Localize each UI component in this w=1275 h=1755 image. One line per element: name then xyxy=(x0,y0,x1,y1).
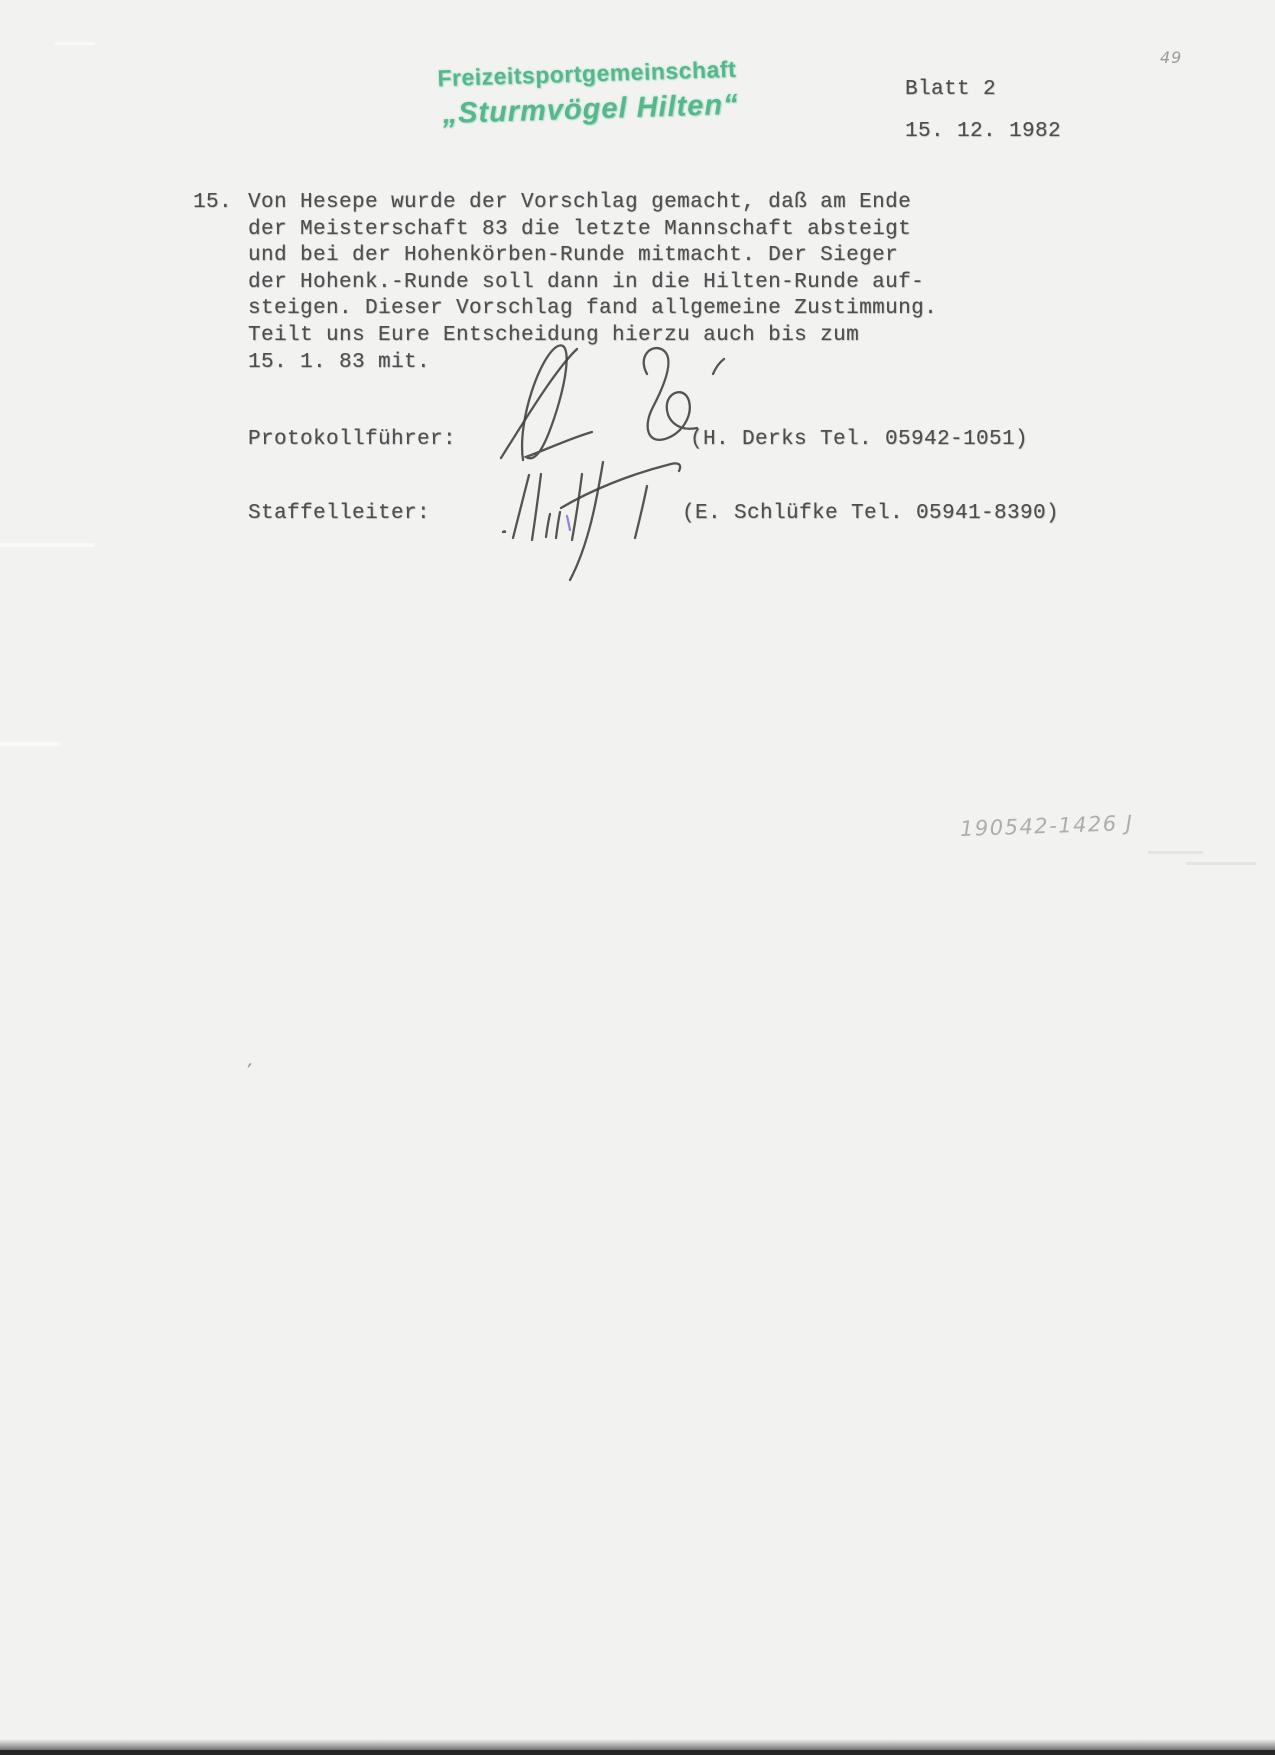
item-number: 15. xyxy=(193,190,232,217)
scan-streak xyxy=(0,543,95,547)
scan-artifact-dash xyxy=(1186,862,1256,865)
role-label-protokollfuehrer: Protokollführer: xyxy=(248,428,456,451)
signature-detail-derks: (H. Derks Tel. 05942-1051) xyxy=(690,428,1028,451)
role-label-staffelleiter: Staffelleiter: xyxy=(248,502,430,525)
stamp-club-name: „Sturmvögel Hilten“ xyxy=(442,88,769,131)
body-line: und bei der Hohenkörben-Runde mitmacht. … xyxy=(248,243,937,270)
scan-streak xyxy=(0,742,60,746)
club-stamp: Freizeitsportgemeinschaft „Sturmvögel Hi… xyxy=(437,55,769,131)
scan-streak xyxy=(55,42,95,45)
scan-artifact-dash xyxy=(1148,851,1203,854)
scan-edge-black xyxy=(0,1750,1275,1755)
stray-mark: ’ xyxy=(242,1061,254,1080)
signature-detail-schluefke: (E. Schlüfke Tel. 05941-8390) xyxy=(682,502,1059,525)
sheet-label: Blatt 2 xyxy=(905,78,996,101)
corner-pencil-mark: 49 xyxy=(1160,48,1182,67)
body-line: der Hohenk.-Runde soll dann in die Hilte… xyxy=(248,270,937,297)
body-line: steigen. Dieser Vorschlag fand allgemein… xyxy=(248,296,937,323)
scanned-document-page: Freizeitsportgemeinschaft „Sturmvögel Hi… xyxy=(0,0,1275,1755)
stamp-org-name: Freizeitsportgemeinschaft xyxy=(437,55,768,92)
pencil-annotation: 190542-1426 J xyxy=(960,811,1134,841)
body-line: der Meisterschaft 83 die letzte Mannscha… xyxy=(248,217,937,244)
document-date: 15. 12. 1982 xyxy=(905,120,1061,143)
body-line: Von Hesepe wurde der Vorschlag gemacht, … xyxy=(248,190,937,217)
